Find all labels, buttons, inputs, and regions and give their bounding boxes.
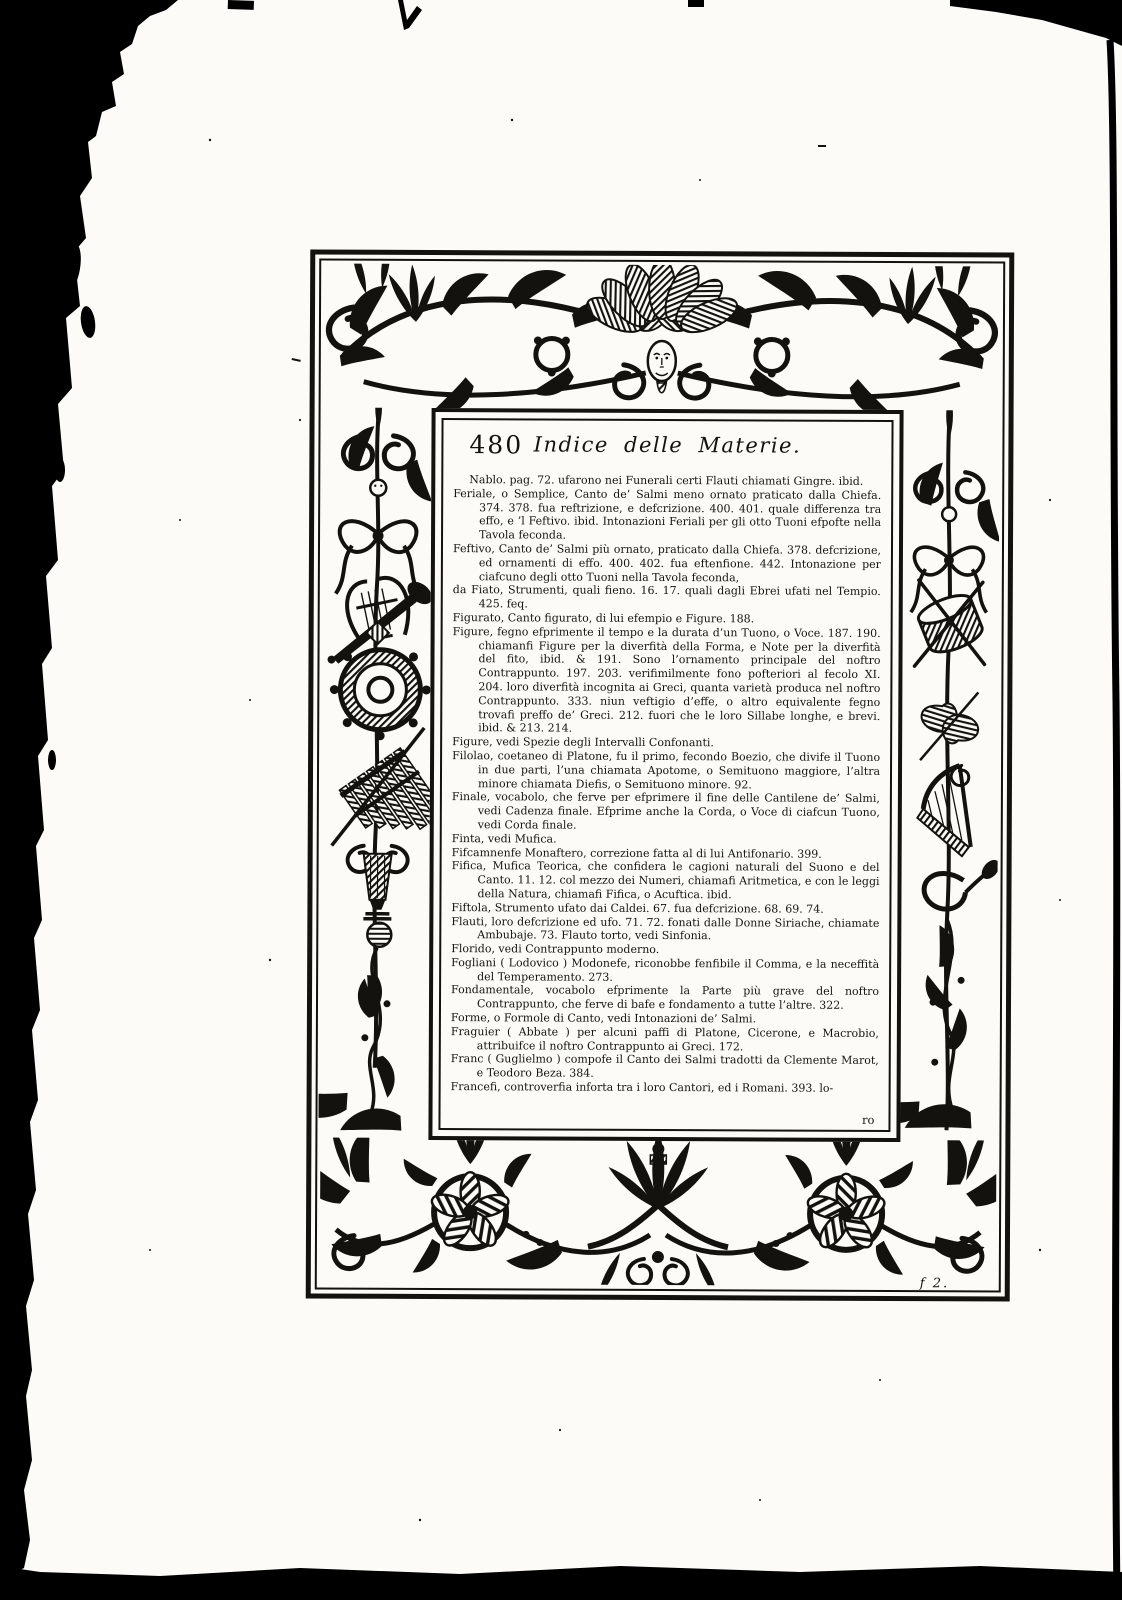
right-instrument-trophy-ornament: [898, 410, 999, 1140]
left-instrument-trophy-ornament: [318, 408, 431, 1138]
index-entry: Feftivo, Canto de’ Salmi più ornato, pra…: [453, 542, 881, 585]
scanned-book-page: 480 Indice delle Materie. Nablo. pag. 72…: [0, 0, 1122, 1600]
index-entry: Fiftola, Strumento ufato dai Caldei. 67.…: [451, 901, 879, 917]
index-entries: Nablo. pag. 72. ufarono nei Funerali cer…: [451, 473, 882, 1105]
index-entry: Fraguier ( Abbate ) per alcuni paffi di …: [451, 1025, 879, 1054]
engraved-border-frame: 480 Indice delle Materie. Nablo. pag. 72…: [306, 249, 1015, 1301]
folio-number: 480: [469, 430, 523, 459]
signature-mark: f 2.: [920, 1276, 949, 1291]
index-entry: Finale, vocabolo, che ferve per efprimer…: [452, 790, 880, 833]
text-block-inner-rule: 480 Indice delle Materie. Nablo. pag. 72…: [438, 418, 893, 1132]
index-entry: Feriale, o Semplice, Canto de’ Salmi men…: [453, 487, 881, 544]
catchword: ro: [862, 1113, 874, 1127]
index-entry: da Fiato, Strumenti, quali fieno. 16. 17…: [453, 583, 881, 612]
index-entry: Fogliani ( Lodovico ) Modonefe, riconobb…: [451, 956, 879, 985]
index-entry: Francefi, controverfia inforta tra i lor…: [451, 1080, 879, 1096]
index-entry: Figure, fegno efprimente il tempo e la d…: [452, 625, 880, 737]
tailpiece-floral-ornament: [320, 1138, 997, 1287]
page-header: 480 Indice delle Materie.: [453, 428, 881, 470]
text-block-frame: 480 Indice delle Materie. Nablo. pag. 72…: [428, 408, 903, 1142]
index-entry: Finta, vedi Mufica.: [452, 832, 880, 848]
headpiece-mask-ornament: [324, 264, 1001, 411]
index-entry: Fondamentale, vocabolo efprimente la Par…: [451, 984, 879, 1013]
index-entry: Filolao, coetaneo di Platone, fu il prim…: [452, 749, 880, 792]
index-entry: Flauti, loro defcrizione ed ufo. 71. 72.…: [451, 915, 879, 944]
index-entry: Franc ( Guglielmo ) compofe il Canto dei…: [451, 1053, 879, 1082]
index-entry: Fifica, Mufica Teorica, che confidera le…: [451, 859, 879, 902]
